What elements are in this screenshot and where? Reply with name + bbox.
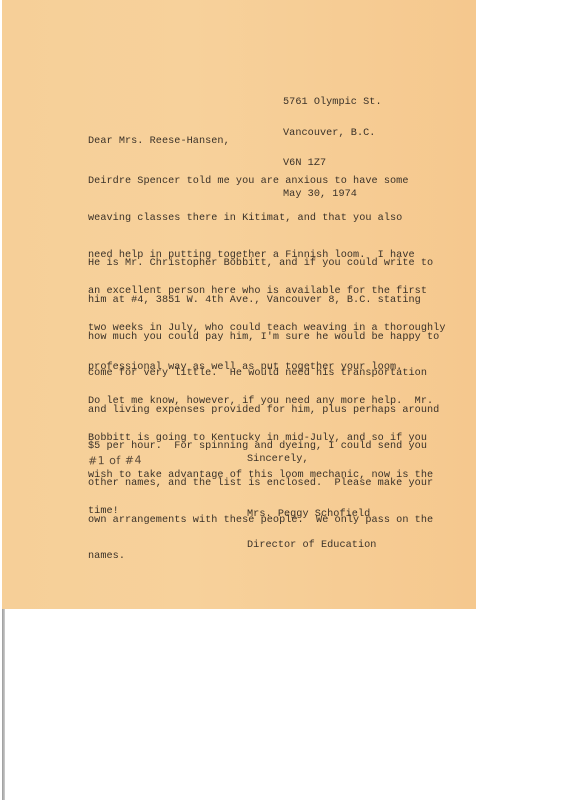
address-city: Vancouver, B.C. [283,129,382,139]
paragraph-line: him at #4, 3851 W. 4th Ave., Vancouver 8… [88,296,439,312]
paragraph-line: weaving classes there in Kitimat, and th… [88,214,445,230]
paragraph-line: He is Mr. Christopher Bobbitt, and if yo… [88,259,439,275]
signer-name: Mrs. Peggy Schofield [247,510,376,520]
paragraph-line: how much you could pay him, I'm sure he … [88,333,439,349]
handwritten-page-note: #1 of #4 [88,454,142,468]
signer-title: Director of Education [247,541,376,551]
paragraph-line: Bobbitt is going to Kentucky in mid-July… [88,434,433,450]
address-street: 5761 Olympic St. [283,98,382,108]
signature-block: Mrs. Peggy Schofield Director of Educati… [247,490,376,571]
paragraph-line: Deirdre Spencer told me you are anxious … [88,177,445,193]
paragraph-line: wish to take advantage of this loom mech… [88,471,433,487]
scan-edge-line [2,609,5,800]
closing: Sincerely, [247,455,309,465]
salutation: Dear Mrs. Reese-Hansen, [88,137,230,147]
letter-page: 5761 Olympic St. Vancouver, B.C. V6N 1Z7… [2,0,476,609]
paragraph-line: Do let me know, however, if you need any… [88,397,433,413]
